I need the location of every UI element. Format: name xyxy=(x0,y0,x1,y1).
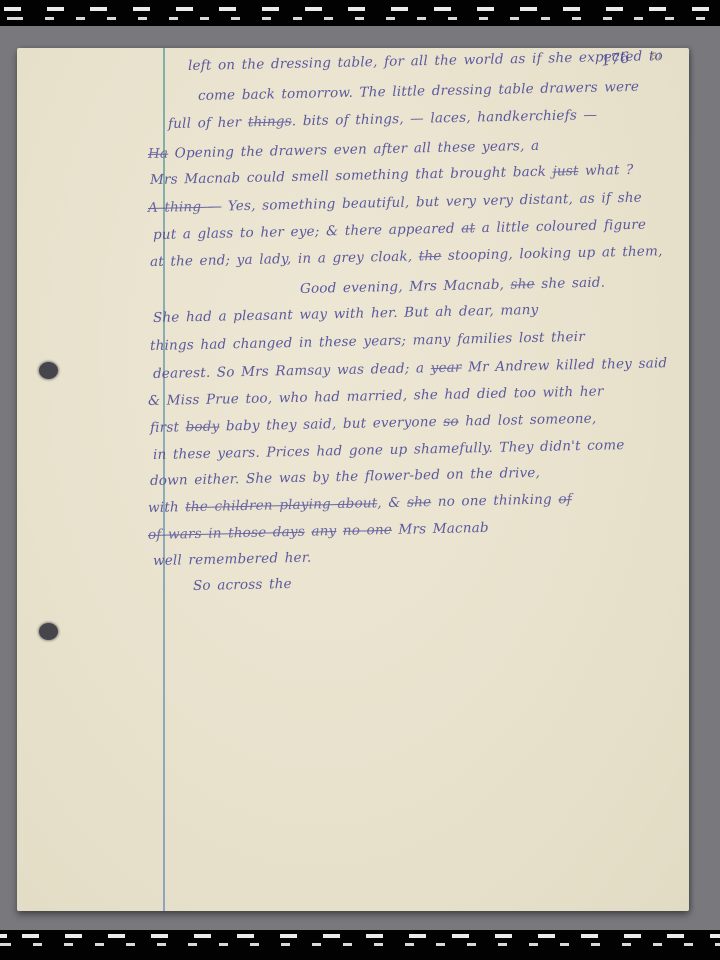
handwriting-text: well remembered her. xyxy=(153,550,312,569)
struck-text: A thing — xyxy=(148,198,222,216)
handwriting-text: She had a pleasant way with her. But ah … xyxy=(153,302,539,326)
struck-text: things xyxy=(248,113,292,130)
handwriting-text: full of her xyxy=(168,114,248,132)
handwritten-line: first body baby they said, but everyone … xyxy=(150,411,597,436)
handwritten-line: things had changed in these years; many … xyxy=(150,329,585,354)
handwriting-text: , & xyxy=(377,495,407,512)
handwriting-text: & Miss Prue too, who had married, she ha… xyxy=(148,383,604,409)
handwriting-text: with xyxy=(148,499,186,516)
handwriting-text: had lost someone, xyxy=(459,411,597,430)
handwritten-line: A thing — Yes, something beautiful, but … xyxy=(148,190,642,216)
handwritten-line: down either. She was by the flower-bed o… xyxy=(150,465,540,489)
handwritten-line: put a glass to her eye; & there appeared… xyxy=(153,217,646,243)
handwritten-line: well remembered her. xyxy=(153,550,312,569)
handwritten-line: at the end; ya lady, in a grey cloak, th… xyxy=(150,243,663,270)
handwriting-text: a little coloured figure xyxy=(475,217,646,237)
struck-text: Ha xyxy=(148,146,169,162)
handwritten-line: Mrs Macnab could smell something that br… xyxy=(150,162,634,188)
handwriting-text: So across the xyxy=(193,576,292,594)
handwriting-text: . bits of things, — laces, handkerchiefs… xyxy=(292,107,598,129)
handwritten-line: & Miss Prue too, who had married, she ha… xyxy=(148,383,604,409)
handwritten-line: So across the xyxy=(193,576,292,594)
handwritten-line: dearest. So Mrs Ramsay was dead; a year … xyxy=(153,355,668,382)
struck-text: body xyxy=(185,419,219,436)
struck-text: just xyxy=(552,163,578,180)
struck-text: so xyxy=(443,414,459,430)
handwriting-layer: left on the dressing table, for all the … xyxy=(17,48,689,911)
struck-text: the xyxy=(419,248,442,264)
film-perforation-marks xyxy=(0,7,720,11)
handwriting-text: Mrs Macnab could smell something that br… xyxy=(150,164,553,188)
struck-text: any xyxy=(311,523,336,540)
handwritten-line: left on the dressing table, for all the … xyxy=(188,48,663,74)
scanned-manuscript-view: 176 81 left on the dressing table, for a… xyxy=(0,0,720,960)
handwriting-text: first xyxy=(150,419,186,436)
handwritten-line: of wars in those days any no one Mrs Mac… xyxy=(148,520,489,543)
film-perforation-marks xyxy=(0,17,720,20)
handwritten-line: come back tomorrow. The little dressing … xyxy=(198,79,639,104)
struck-text: the children playing about xyxy=(185,495,377,515)
film-edge-strip-bottom xyxy=(0,930,720,960)
film-perforation-marks xyxy=(0,934,720,938)
struck-text: of wars in those days xyxy=(148,524,305,543)
handwriting-text: Good evening, Mrs Macnab, xyxy=(300,277,511,297)
handwriting-text: Mrs Macnab xyxy=(392,520,489,538)
handwriting-text: Opening the drawers even after all these… xyxy=(168,138,539,162)
handwriting-text: down either. She was by the flower-bed o… xyxy=(150,465,540,489)
handwritten-line: full of her things. bits of things, — la… xyxy=(168,107,598,132)
handwriting-text: dearest. So Mrs Ramsay was dead; a xyxy=(153,360,431,382)
handwriting-text: come back tomorrow. The little dressing … xyxy=(198,79,639,104)
struck-text: at xyxy=(461,220,475,236)
film-edge-strip-top xyxy=(0,0,720,26)
handwriting-text: Mr Andrew killed they said xyxy=(461,355,667,375)
handwriting-text: she said. xyxy=(535,275,606,292)
handwriting-text: in these years. Prices had gone up shame… xyxy=(153,437,625,463)
handwriting-text: at the end; ya lady, in a grey cloak, xyxy=(150,248,419,270)
handwriting-text: Yes, something beautiful, but very very … xyxy=(221,190,642,215)
struck-text: she xyxy=(510,276,535,293)
handwriting-text: no one thinking xyxy=(431,491,558,510)
handwritten-line: She had a pleasant way with her. But ah … xyxy=(153,302,539,326)
handwriting-text: stooping, looking up at them, xyxy=(441,243,662,264)
struck-text: year xyxy=(431,360,462,377)
handwritten-line: Ha Opening the drawers even after all th… xyxy=(148,138,540,162)
handwriting-text: things had changed in these years; many … xyxy=(150,329,585,354)
handwriting-text: put a glass to her eye; & there appeared xyxy=(153,221,462,243)
handwriting-text: baby they said, but everyone xyxy=(219,414,443,435)
struck-text: no one xyxy=(343,522,392,539)
struck-text: of xyxy=(558,491,572,507)
struck-text: she xyxy=(407,494,432,511)
handwriting-text: left on the dressing table, for all the … xyxy=(188,48,663,74)
manuscript-page: 176 81 left on the dressing table, for a… xyxy=(17,48,689,911)
handwritten-line: Good evening, Mrs Macnab, she she said. xyxy=(300,275,606,297)
handwritten-line: with the children playing about, & she n… xyxy=(148,491,572,516)
handwriting-text: what ? xyxy=(578,162,633,179)
film-perforation-marks xyxy=(0,943,720,946)
handwritten-line: in these years. Prices had gone up shame… xyxy=(153,437,625,463)
